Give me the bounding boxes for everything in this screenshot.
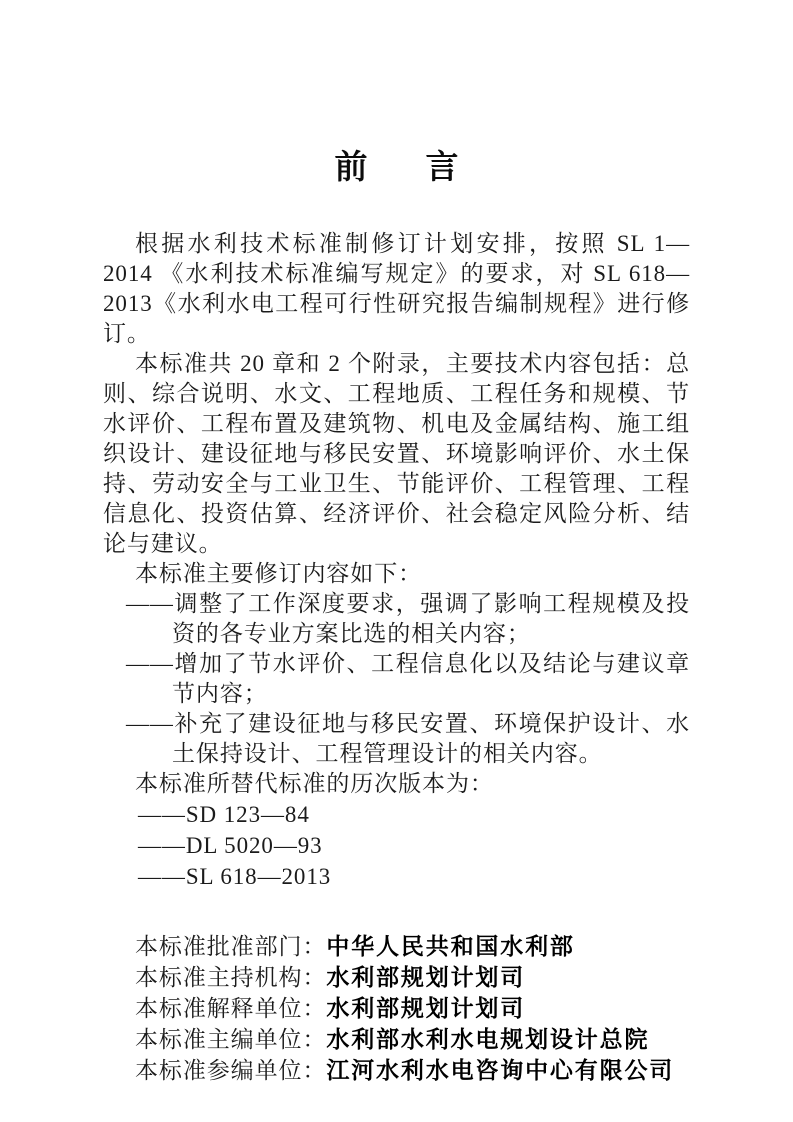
paragraph-standard-contents: 本标准共 20 章和 2 个附录，主要技术内容包括：总则、综合说明、水文、工程地… — [103, 349, 690, 559]
history-intro-line: 本标准所替代标准的历次版本为： — [103, 769, 690, 799]
info-value: 水利部规划计划司 — [326, 964, 525, 990]
history-version-line: ——SD 123—84 — [138, 799, 690, 830]
revision-item: ——调整了工作深度要求，强调了影响工程规模及投资的各专业方案比选的相关内容； — [103, 589, 690, 649]
info-row-interpretation-unit: 本标准解释单位：水利部规划计划司 — [135, 993, 690, 1024]
history-version-line: ——SL 618—2013 — [138, 861, 690, 892]
info-value: 江河水利水电咨询中心有限公司 — [326, 1057, 674, 1083]
paragraph-revision-basis: 根据水利技术标准制修订计划安排，按照 SL 1—2014 《水利技术标准编写规定… — [103, 229, 690, 349]
info-label: 本标准批准部门： — [135, 934, 326, 959]
info-label: 本标准参编单位： — [135, 1058, 326, 1083]
info-value: 水利部水利水电规划设计总院 — [326, 1026, 649, 1052]
revision-item: ——增加了节水评价、工程信息化以及结论与建议章节内容； — [103, 649, 690, 709]
info-row-chief-editor-unit: 本标准主编单位：水利部水利水电规划设计总院 — [135, 1024, 690, 1055]
document-page: 前 言 根据水利技术标准制修订计划安排，按照 SL 1—2014 《水利技术标准… — [0, 0, 793, 1122]
info-label: 本标准主持机构： — [135, 965, 326, 990]
info-row-participating-unit: 本标准参编单位：江河水利水电咨询中心有限公司 — [135, 1055, 690, 1086]
page-title: 前 言 — [0, 150, 793, 184]
history-version-line: ——DL 5020—93 — [138, 830, 690, 861]
revision-intro-line: 本标准主要修订内容如下： — [103, 559, 690, 589]
info-row-host-org: 本标准主持机构：水利部规划计划司 — [135, 962, 690, 993]
standard-info-block: 本标准批准部门：中华人民共和国水利部 本标准主持机构：水利部规划计划司 本标准解… — [135, 931, 690, 1086]
info-label: 本标准解释单位： — [135, 996, 326, 1021]
info-value: 中华人民共和国水利部 — [326, 933, 574, 959]
info-value: 水利部规划计划司 — [326, 995, 525, 1021]
info-row-approval-dept: 本标准批准部门：中华人民共和国水利部 — [135, 931, 690, 962]
foreword-body: 根据水利技术标准制修订计划安排，按照 SL 1—2014 《水利技术标准编写规定… — [103, 229, 690, 1086]
revision-item: ——补充了建设征地与移民安置、环境保护设计、水土保持设计、工程管理设计的相关内容… — [103, 709, 690, 769]
info-label: 本标准主编单位： — [135, 1027, 326, 1052]
